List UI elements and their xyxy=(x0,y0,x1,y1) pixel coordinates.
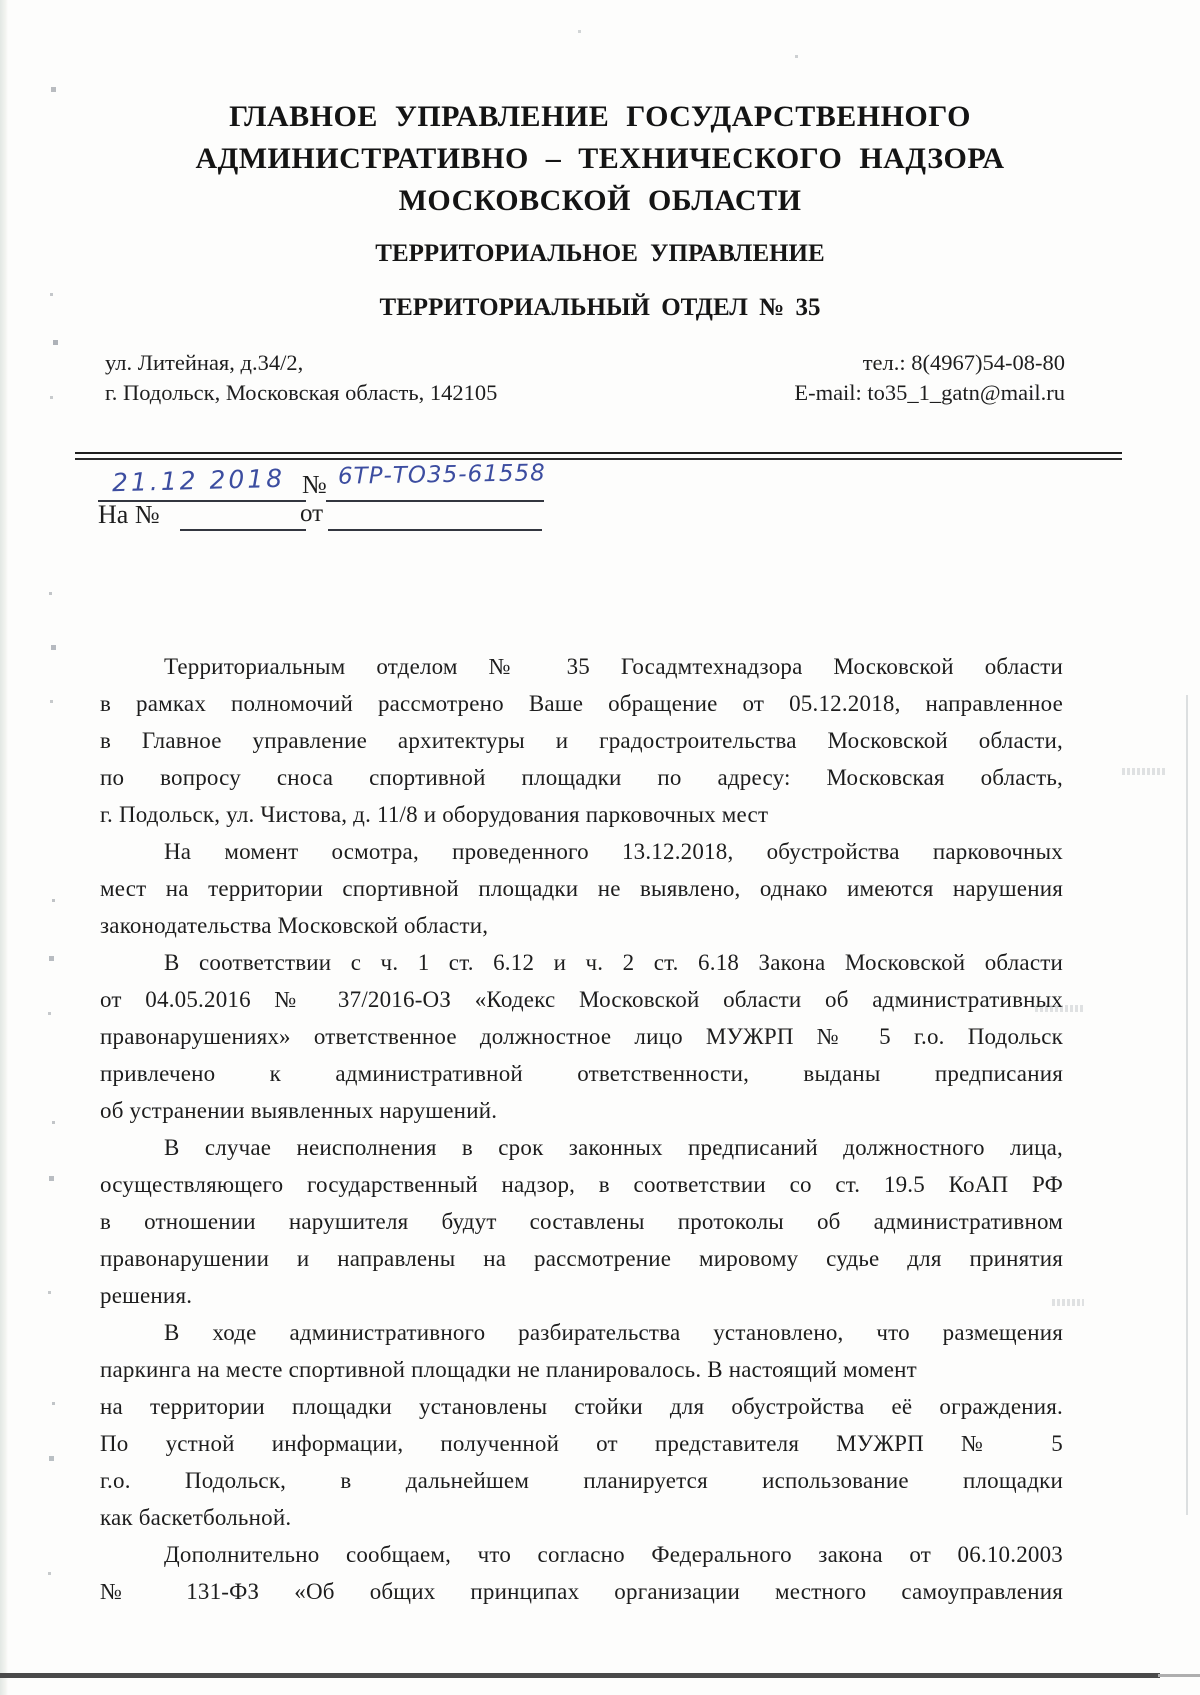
postal-address: ул. Литейная, д.34/2, г. Подольск, Моско… xyxy=(105,348,497,408)
body-line: на территории площадки установлены стойк… xyxy=(100,1388,1063,1425)
body-line: привлечено к административной ответствен… xyxy=(100,1055,1063,1092)
body-line: решения. xyxy=(100,1277,1063,1314)
body-line: В ходе административного разбирательства… xyxy=(100,1314,1063,1351)
letterhead-divider xyxy=(75,452,1122,460)
body-line: На момент осмотра, проведенного 13.12.20… xyxy=(100,833,1063,870)
reply-number-underline xyxy=(180,501,306,531)
reply-to-number-label: На № xyxy=(98,500,160,530)
body-line: правонарушениях» ответственное должностн… xyxy=(100,1018,1063,1055)
address-line-1: ул. Литейная, д.34/2, xyxy=(105,348,497,378)
scanned-letter-page: ГЛАВНОЕ УПРАВЛЕНИЕ ГОСУДАРСТВЕННОГО АДМИ… xyxy=(0,0,1200,1695)
body-line: г.о. Подольск, в дальнейшем планируется … xyxy=(100,1462,1063,1499)
org-line-3: МОСКОВСКОЙ ОБЛАСТИ xyxy=(110,180,1090,222)
body-line: об устранении выявленных нарушений. xyxy=(100,1092,1063,1129)
body-line: В соответствии с ч. 1 ст. 6.12 и ч. 2 ст… xyxy=(100,944,1063,981)
scan-right-edge-line xyxy=(1186,695,1188,1515)
body-line: В случае неисполнения в срок законных пр… xyxy=(100,1129,1063,1166)
body-line: Территориальным отделом № 35 Госадмтехна… xyxy=(100,648,1063,685)
scan-smudge xyxy=(1122,768,1166,775)
body-line: Дополнительно сообщаем, что согласно Фед… xyxy=(100,1536,1063,1573)
reply-from-label: от xyxy=(300,500,323,528)
date-underline xyxy=(98,472,306,502)
number-label: № xyxy=(302,470,327,500)
email-address: E-mail: to35_1_gatn@mail.ru xyxy=(794,378,1065,408)
body-line: как баскетбольной. xyxy=(100,1499,1063,1536)
org-line-2: АДМИНИСТРАТИВНО – ТЕХНИЧЕСКОГО НАДЗОРА xyxy=(110,138,1090,180)
department-title: ТЕРРИТОРИАЛЬНЫЙ ОТДЕЛ № 35 xyxy=(110,294,1090,322)
reply-date-underline xyxy=(328,501,542,531)
body-line: от 04.05.2016 № 37/2016-ОЗ «Кодекс Моско… xyxy=(100,981,1063,1018)
address-line-2: г. Подольск, Московская область, 142105 xyxy=(105,378,497,408)
phone-number: тел.: 8(4967)54-08-80 xyxy=(794,348,1065,378)
body-line: в Главное управление архитектуры и градо… xyxy=(100,722,1063,759)
body-line: в отношении нарушителя будут составлены … xyxy=(100,1203,1063,1240)
body-line: в рамках полномочий рассмотрено Ваше обр… xyxy=(100,685,1063,722)
body-line: № 131-ФЗ «Об общих принципах организации… xyxy=(100,1573,1063,1610)
body-line: г. Подольск, ул. Чистова, д. 11/8 и обор… xyxy=(100,796,1063,833)
scan-bottom-edge xyxy=(0,1673,1160,1678)
org-line-1: ГЛАВНОЕ УПРАВЛЕНИЕ ГОСУДАРСТВЕННОГО xyxy=(110,96,1090,138)
organization-name: ГЛАВНОЕ УПРАВЛЕНИЕ ГОСУДАРСТВЕННОГО АДМИ… xyxy=(110,96,1090,222)
body-line: мест на территории спортивной площадки н… xyxy=(100,870,1063,907)
body-line: правонарушении и направлены на рассмотре… xyxy=(100,1240,1063,1277)
number-underline xyxy=(326,472,544,502)
division-title: ТЕРРИТОРИАЛЬНОЕ УПРАВЛЕНИЕ xyxy=(110,240,1090,268)
body-line: законодательства Московской области, xyxy=(100,907,1063,944)
scan-bottom-edge-light xyxy=(1158,1674,1200,1677)
letter-body: Территориальным отделом № 35 Госадмтехна… xyxy=(100,648,1063,1610)
contact-details: тел.: 8(4967)54-08-80 E-mail: to35_1_gat… xyxy=(794,348,1065,408)
body-line: по вопросу сноса спортивной площадки по … xyxy=(100,759,1063,796)
body-line: По устной информации, полученной от пред… xyxy=(100,1425,1063,1462)
scan-left-edge xyxy=(0,0,8,1695)
body-line: осуществляющего государственный надзор, … xyxy=(100,1166,1063,1203)
scan-specks xyxy=(0,0,3,3)
body-line: паркинга на месте спортивной площадки не… xyxy=(100,1351,1063,1388)
